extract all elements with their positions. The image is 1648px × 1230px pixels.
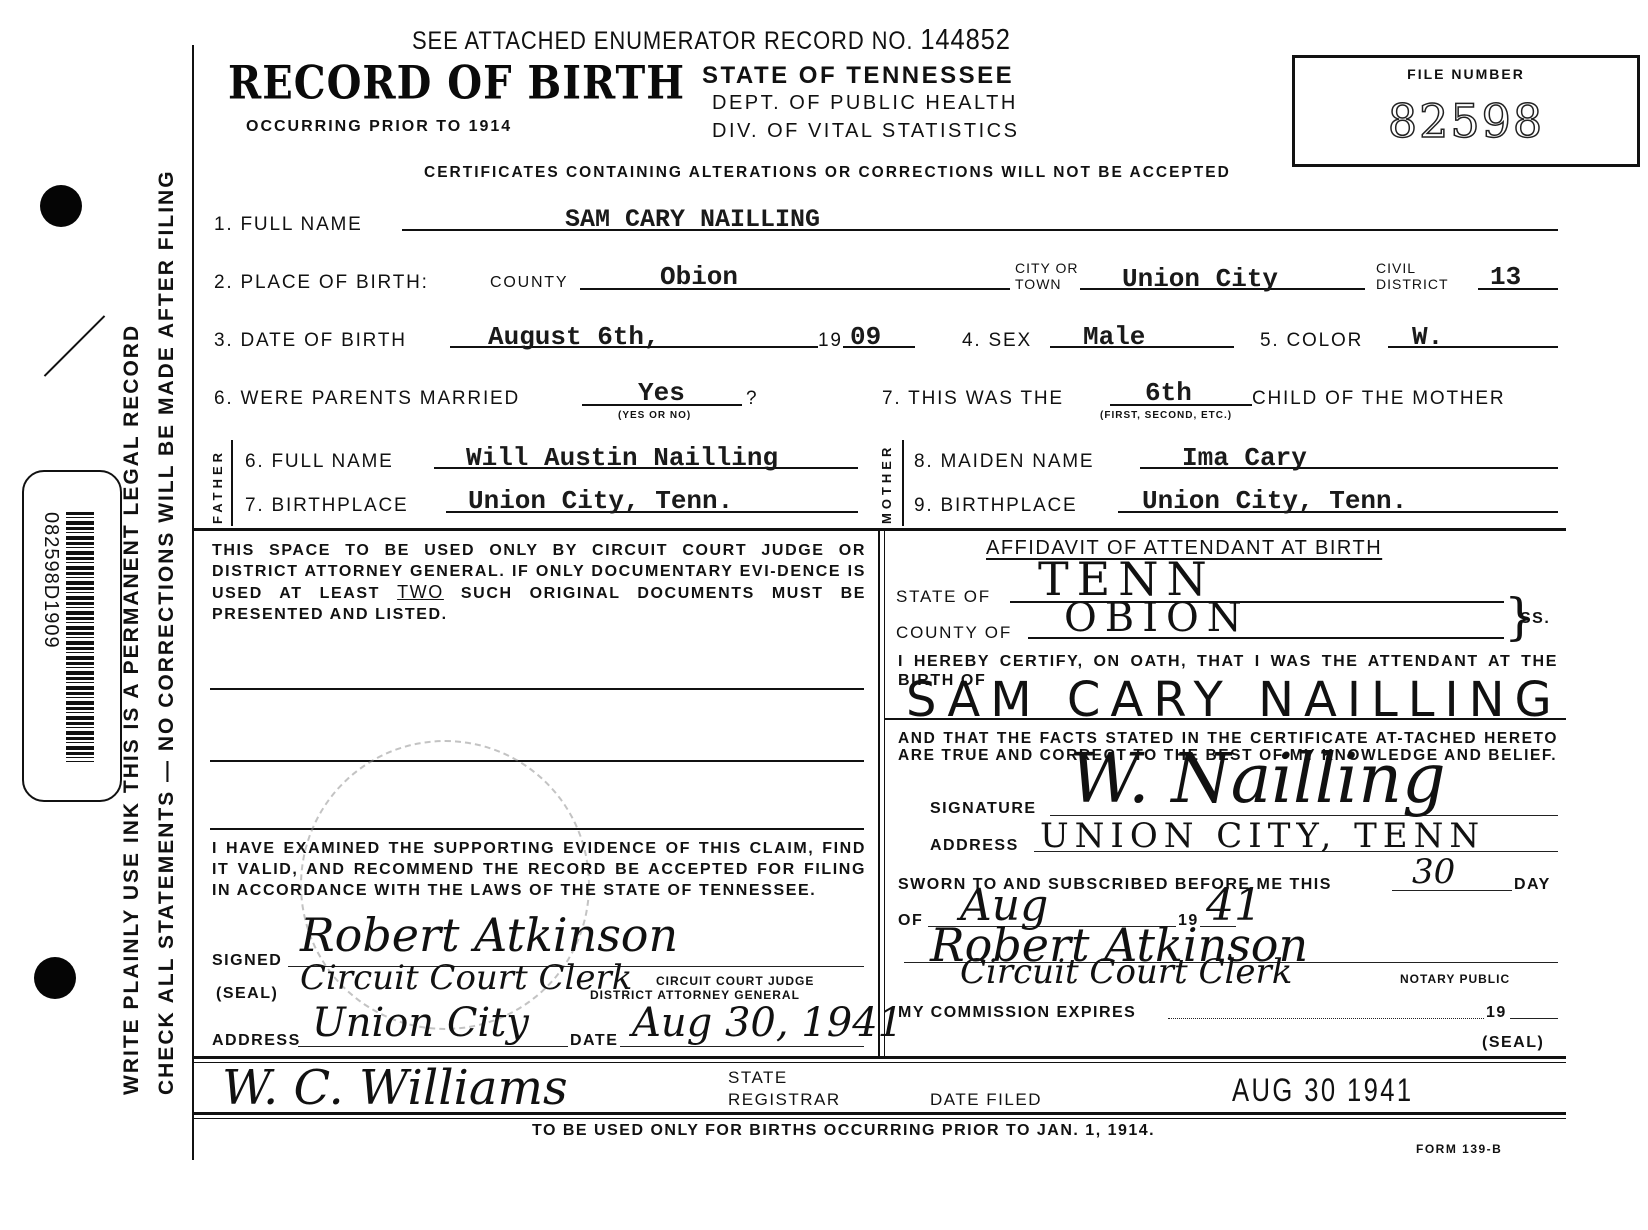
footer-note: TO BE USED ONLY FOR BIRTHS OCCURRING PRI…: [532, 1122, 1155, 1140]
punch-hole-top: [40, 185, 82, 227]
affidavit-address-label: ADDRESS: [930, 837, 1019, 855]
commission-line: [1168, 1018, 1484, 1019]
city-value: Union City: [1122, 264, 1278, 294]
parents-married-question-mark: ?: [746, 388, 758, 410]
registrar-signature: W. C. Williams: [222, 1060, 568, 1116]
enumerator-number: 144852: [920, 24, 1010, 56]
affidavit-ss-label: SS.: [1520, 610, 1550, 628]
sex-label: 4. SEX: [962, 330, 1032, 352]
city-label-top: CITY OR: [1015, 260, 1079, 276]
notary-public-label: NOTARY PUBLIC: [1400, 972, 1510, 986]
child-order-hint: (FIRST, SECOND, ETC.): [1100, 410, 1232, 421]
district-value: 13: [1490, 262, 1521, 292]
court-signature: Robert Atkinson: [300, 908, 678, 962]
registrar-label-2: REGISTRAR: [728, 1090, 841, 1110]
mother-bracket: [902, 440, 904, 526]
parents-married-hint: (YES OR NO): [618, 410, 691, 421]
footer-bottom-divider-inner: [192, 1118, 1566, 1119]
punch-hole-bottom: [34, 957, 76, 999]
pen-stroke-mark: [44, 315, 106, 377]
father-birthplace-value: Union City, Tenn.: [468, 486, 733, 516]
mother-birthplace-label: 9. BIRTHPLACE: [914, 495, 1078, 517]
mother-birthplace-value: Union City, Tenn.: [1142, 486, 1407, 516]
alterations-warning: CERTIFICATES CONTAINING ALTERATIONS OR C…: [424, 164, 1231, 182]
father-birthplace-label: 7. BIRTHPLACE: [245, 495, 409, 517]
court-date-label: DATE: [570, 1032, 618, 1050]
father-name-value: Will Austin Nailling: [466, 443, 778, 473]
court-instructions: THIS SPACE TO BE USED ONLY BY CIRCUIT CO…: [212, 540, 866, 625]
signed-label: SIGNED: [212, 952, 282, 970]
affidavit-signature-label: SIGNATURE: [930, 800, 1037, 818]
court-address-label: ADDRESS: [212, 1032, 301, 1050]
sworn-day-value: 30: [1412, 852, 1455, 892]
enumerator-record: SEE ATTACHED ENUMERATOR RECORD NO. 14485…: [412, 24, 1011, 57]
district-label-bottom: DISTRICT: [1376, 276, 1449, 292]
court-instructions-two: TWO: [397, 582, 444, 602]
affidavit-divider: [884, 718, 1566, 720]
place-of-birth-label: 2. PLACE OF BIRTH:: [214, 272, 429, 294]
mother-name-value: Ima Cary: [1182, 443, 1307, 473]
child-order-label: 7. THIS WAS THE: [882, 388, 1064, 410]
enumerator-label: SEE ATTACHED ENUMERATOR RECORD NO.: [412, 27, 913, 55]
mother-name-label: 8. MAIDEN NAME: [914, 451, 1094, 473]
city-label-bottom: TOWN: [1015, 276, 1062, 292]
file-number-value: 82598: [1295, 94, 1637, 148]
date-filed-stamp: AUG 30 1941: [1232, 1072, 1414, 1109]
commission-year-line: [1510, 1018, 1558, 1019]
father-name-label: 6. FULL NAME: [245, 451, 394, 473]
county-label: COUNTY: [490, 274, 568, 292]
court-date-value: Aug 30, 1941: [632, 1000, 903, 1046]
state-heading: STATE OF TENNESSEE: [702, 62, 1014, 90]
notary-title-handwritten: Circuit Court Clerk: [960, 952, 1292, 992]
affidavit-county-value: OBION: [1064, 595, 1250, 641]
color-value: W.: [1412, 322, 1443, 352]
county-value: Obion: [660, 262, 738, 292]
father-side-label: FATHER: [210, 444, 225, 524]
form-subtitle: OCCURRING PRIOR TO 1914: [246, 118, 512, 136]
footer-top-divider: [192, 1056, 1566, 1059]
barcode-label: 082598D1909: [22, 470, 122, 802]
birth-year-suffix: 09: [850, 322, 881, 352]
form-number: FORM 139-B: [1416, 1142, 1502, 1156]
commission-year-prefix: 19: [1486, 1004, 1507, 1022]
full-name-value: SAM CARY NAILLING: [565, 205, 820, 234]
mother-side-label: MOTHER: [879, 444, 894, 524]
evidence-line-1: [210, 688, 864, 690]
court-date-line: [620, 1046, 864, 1047]
evidence-line-2: [210, 760, 864, 762]
court-title-line1: CIRCUIT COURT JUDGE: [656, 974, 814, 988]
parents-married-value: Yes: [638, 378, 685, 408]
court-signature-title: Circuit Court Clerk: [300, 958, 632, 998]
file-number-label: FILE NUMBER: [1295, 66, 1637, 82]
of-label: OF: [898, 912, 923, 930]
division-heading: DIV. OF VITAL STATISTICS: [712, 120, 1019, 143]
form-left-border: [192, 45, 194, 1160]
district-label-top: CIVIL: [1376, 260, 1416, 276]
footer-bottom-divider: [192, 1112, 1566, 1115]
date-of-birth-value: August 6th,: [488, 322, 660, 352]
child-order-suffix: CHILD OF THE MOTHER: [1252, 388, 1505, 410]
sex-value: Male: [1083, 322, 1145, 352]
child-order-value: 6th: [1145, 378, 1192, 408]
center-divider: [878, 531, 880, 1058]
parents-married-label: 6. WERE PARENTS MARRIED: [214, 388, 520, 410]
father-bracket: [231, 440, 233, 526]
birth-year-prefix: 19: [818, 330, 843, 352]
barcode-number: 082598D1909: [39, 512, 62, 649]
county-line: [580, 288, 1010, 290]
barcode-icon: [66, 512, 94, 762]
affidavit-state-label: STATE OF: [896, 587, 991, 607]
affidavit-signature: W. Nailling: [1070, 740, 1446, 819]
court-examined-text: I HAVE EXAMINED THE SUPPORTING EVIDENCE …: [212, 838, 866, 901]
commission-label: MY COMMISSION EXPIRES: [898, 1004, 1136, 1022]
date-filed-label: DATE FILED: [930, 1090, 1042, 1110]
date-of-birth-label: 3. DATE OF BIRTH: [214, 330, 407, 352]
day-label: DAY: [1514, 876, 1551, 894]
court-address-value: Union City: [312, 1000, 529, 1046]
margin-text-line1: WRITE PLAINLY USE INK THIS IS A PERMANEN…: [120, 324, 144, 1095]
form-title: RECORD OF BIRTH: [228, 56, 685, 110]
court-address-line: [298, 1046, 568, 1047]
seal-label-right: (SEAL): [1482, 1034, 1544, 1052]
color-label: 5. COLOR: [1260, 330, 1363, 352]
registrar-label-1: STATE: [728, 1068, 788, 1088]
affidavit-county-label: COUNTY OF: [896, 623, 1012, 643]
affidavit-address-value: UNION CITY, TENN: [1040, 816, 1485, 856]
full-name-label: 1. FULL NAME: [214, 214, 363, 236]
center-divider-inner: [884, 531, 885, 1058]
department-heading: DEPT. OF PUBLIC HEALTH: [712, 92, 1018, 115]
seal-label-left: (SEAL): [216, 985, 278, 1003]
margin-text-line2: CHECK ALL STATEMENTS — NO CORRECTIONS WI…: [155, 169, 179, 1095]
file-number-box: FILE NUMBER 82598: [1292, 55, 1640, 167]
